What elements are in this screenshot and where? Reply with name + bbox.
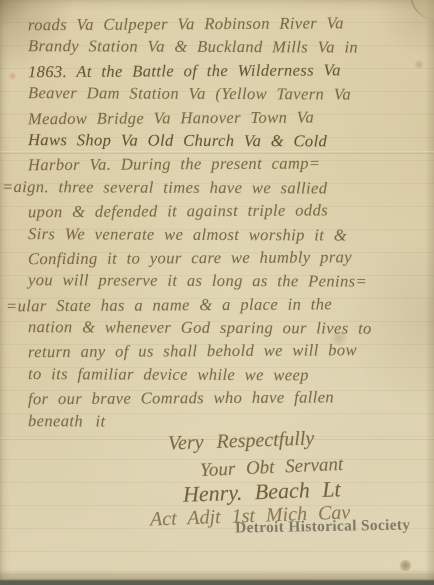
handwritten-line: for our brave Comrads who have fallen <box>28 385 430 411</box>
handwritten-line: nation & whenever God sparing our lives … <box>28 315 430 340</box>
document-photo: roads Va Culpeper Va Robinson River Va B… <box>0 0 434 585</box>
handwritten-line: Beaver Dam Station Va (Yellow Tavern Va <box>28 81 430 106</box>
letter-body: roads Va Culpeper Va Robinson River Va B… <box>28 12 430 433</box>
stain-spot <box>8 72 17 80</box>
watermark-text: Detroit Historical Society <box>235 516 411 537</box>
handwritten-line: 1863. At the Battle of the Wilderness Va <box>28 58 430 84</box>
handwritten-line: Sirs We venerate we almost worship it & <box>28 222 430 247</box>
handwritten-line: return any of us shall behold we will bo… <box>28 338 430 364</box>
handwritten-line: Meadow Bridge Va Hanover Town Va <box>28 104 430 130</box>
handwritten-line: to its familiar device while we weep <box>28 362 430 387</box>
handwritten-line: Confiding it to your care we humbly pray <box>28 245 430 271</box>
stain-spot <box>399 560 412 571</box>
handwritten-line: =ular State has a name & a place in the <box>28 291 430 317</box>
handwritten-line: =aign. three several times have we salli… <box>28 175 430 200</box>
handwritten-line: you will preserve it as long as the Peni… <box>28 268 430 293</box>
handwritten-line: roads Va Culpeper Va Robinson River Va <box>28 11 430 37</box>
handwritten-line: Brandy Station Va & Buckland Mills Va in <box>28 35 430 60</box>
handwritten-line: Haws Shop Va Old Church Va & Cold <box>28 128 430 153</box>
handwritten-line: Harbor Va. During the present camp= <box>28 151 430 177</box>
handwritten-line: upon & defended it against triple odds <box>28 198 430 224</box>
